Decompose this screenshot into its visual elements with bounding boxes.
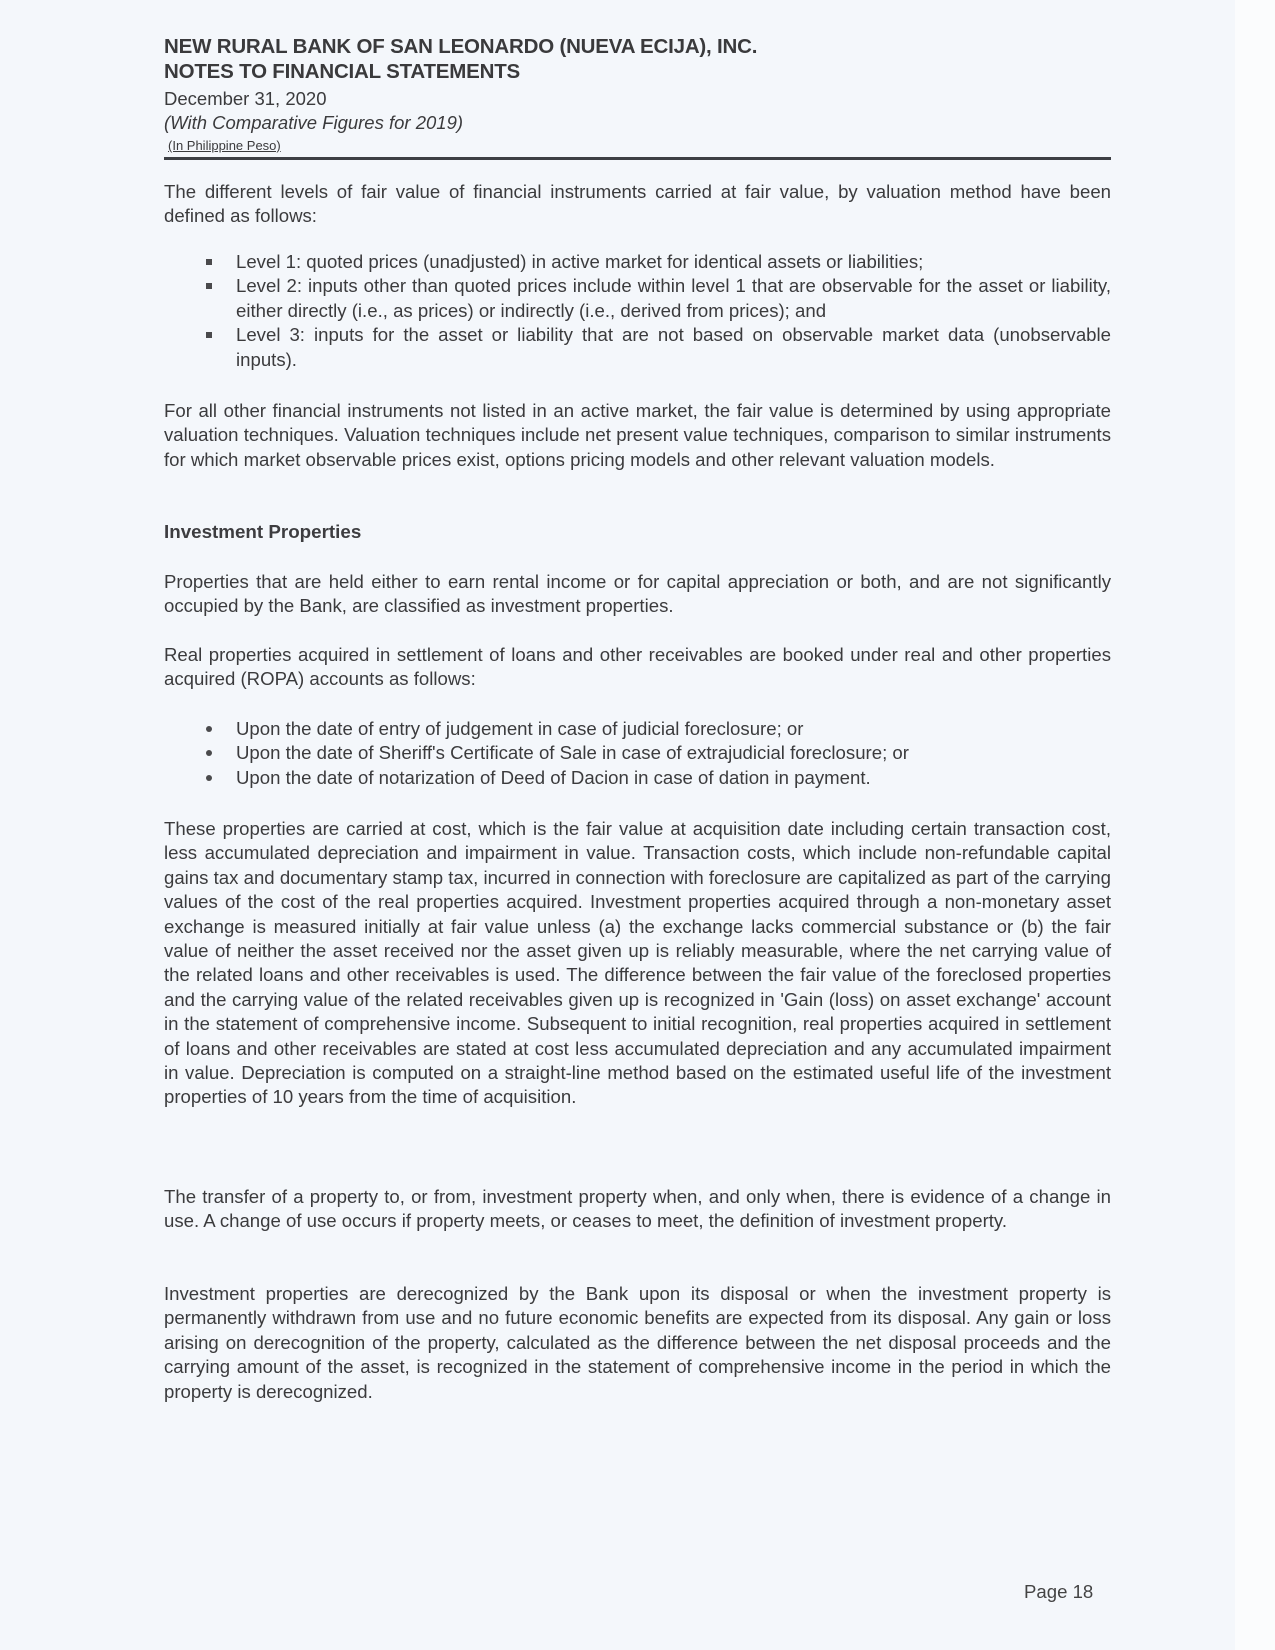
paragraph-other-instruments: For all other financial instruments not … [164, 399, 1111, 472]
document-title: NOTES TO FINANCIAL STATEMENTS [164, 60, 520, 84]
list-item-dacion: Upon the date of notarization of Deed of… [164, 766, 1111, 790]
paragraph-transfers: The transfer of a property to, or from, … [164, 1185, 1111, 1234]
statement-date: December 31, 2020 [164, 88, 327, 110]
list-item-level-2: Level 2: inputs other than quoted prices… [164, 274, 1111, 323]
page-number: Page 18 [1024, 1581, 1093, 1603]
list-item-extrajudicial-foreclosure: Upon the date of Sheriff's Certificate o… [164, 741, 1111, 765]
paragraph-cost-measurement: These properties are carried at cost, wh… [164, 817, 1111, 1110]
list-item-level-1: Level 1: quoted prices (unadjusted) in a… [164, 250, 1111, 274]
section-heading-investment-properties: Investment Properties [164, 521, 361, 543]
comparative-note: (With Comparative Figures for 2019) [164, 112, 463, 134]
paragraph-investment-property-definition: Properties that are held either to earn … [164, 570, 1111, 619]
paragraph-derecognition: Investment properties are derecognized b… [164, 1282, 1111, 1404]
company-name: NEW RURAL BANK OF SAN LEONARDO (NUEVA EC… [164, 35, 757, 59]
page-edge [1235, 0, 1275, 1650]
list-item-judicial-foreclosure: Upon the date of entry of judgement in c… [164, 717, 1111, 741]
header-divider [164, 157, 1111, 160]
currency-note: (In Philippine Peso) [168, 138, 281, 153]
list-item-level-3: Level 3: inputs for the asset or liabili… [164, 323, 1111, 372]
paragraph-ropa-booking: Real properties acquired in settlement o… [164, 643, 1111, 692]
ropa-conditions-list: Upon the date of entry of judgement in c… [164, 717, 1111, 790]
fair-value-levels-list: Level 1: quoted prices (unadjusted) in a… [164, 250, 1111, 372]
paragraph-fair-value-levels-intro: The different levels of fair value of fi… [164, 180, 1111, 229]
